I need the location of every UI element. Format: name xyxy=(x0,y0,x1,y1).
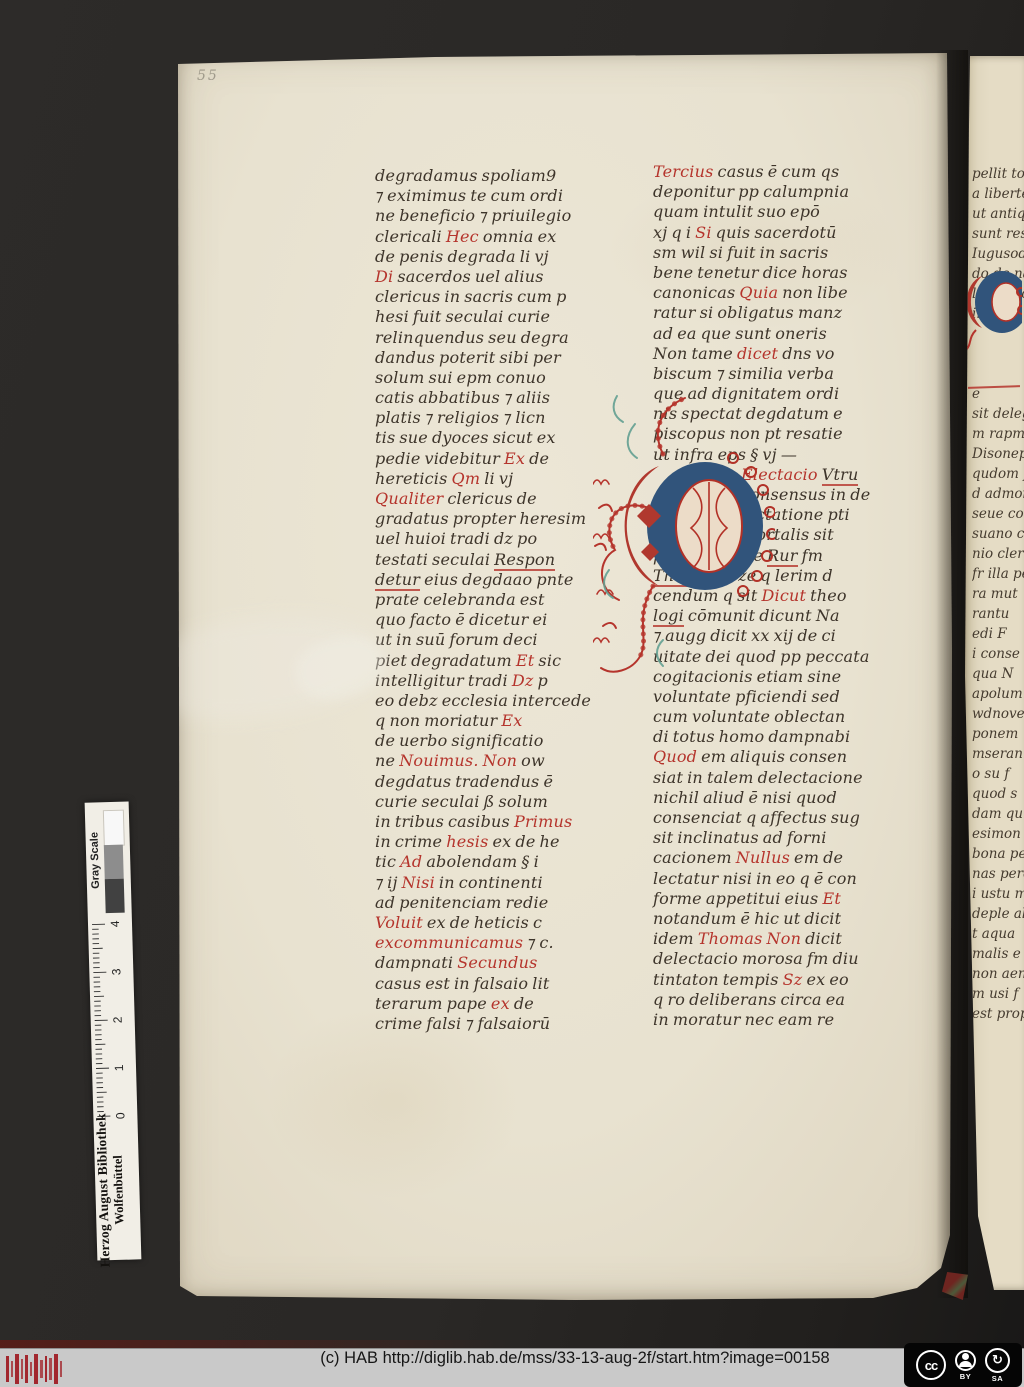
manuscript-line: formeappetituieiusEt xyxy=(653,889,921,909)
manuscript-line: utinsuūforumdeci xyxy=(375,630,620,650)
folio-number: 55 xyxy=(197,68,219,84)
manuscript-line: danduspoteritsibiper xyxy=(375,348,620,368)
manuscript-line: crimefalsi⁊falsaiorū xyxy=(375,1014,620,1034)
gutter-shadow xyxy=(936,50,968,1298)
facing-text-line: suano cm xyxy=(972,524,1024,544)
ruler-tick-label: 1 xyxy=(112,1060,126,1076)
text-column-left: degradamusspoliam9⁊eximimustecumordinebe… xyxy=(375,166,620,1034)
facing-text-line: o su f xyxy=(972,764,1024,784)
manuscript-line: casusestinfalsaiolit xyxy=(375,974,620,994)
facing-text-line: non aen xyxy=(972,964,1024,984)
manuscript-line: Voluitexdeheticisc xyxy=(375,913,620,933)
manuscript-line: ⁊eximimustecumordi xyxy=(375,186,620,206)
manuscript-line: smwilsifuitinsacris xyxy=(653,243,921,263)
manuscript-line: clericusinsacriscump xyxy=(375,287,620,307)
facing-text-line: deple al xyxy=(972,904,1024,924)
facing-text-line: nas pere xyxy=(972,864,1024,884)
facing-text-line: m usi f xyxy=(972,984,1024,1004)
cc-license-badge: cc BY ↻ SA xyxy=(904,1343,1022,1387)
manuscript-line: ditotushomodampnabi xyxy=(653,727,921,747)
digitized-manuscript-photo: 55 degradamusspoliam9⁊eximimustecumordin… xyxy=(0,0,1024,1387)
facing-text-line: bona pe xyxy=(972,844,1024,864)
manuscript-line: xjqiSiquissacerdotū xyxy=(653,223,921,243)
manuscript-page: 55 degradamusspoliam9⁊eximimustecumordin… xyxy=(175,50,952,1300)
manuscript-line: degdatustradendusē xyxy=(375,772,620,792)
facing-text-line: sit delegaē xyxy=(972,404,1024,424)
facing-page-edge: pellit tonda libertelut antiquasunt resi… xyxy=(960,56,1024,1290)
manuscript-line: qnonmoriaturEx xyxy=(375,711,620,731)
facing-text-line: mseran xyxy=(972,744,1024,764)
cc-icon: cc xyxy=(916,1350,946,1380)
manuscript-line: qrodeliberanscircaea xyxy=(653,990,921,1010)
facing-text-line: qudom fin xyxy=(972,464,1024,484)
manuscript-line: gradatuspropterheresim xyxy=(375,509,620,529)
copyright-text: (c) HAB http://diglib.hab.de/mss/33-13-a… xyxy=(260,1349,890,1387)
manuscript-line: hereticisQmlivj xyxy=(375,469,620,489)
manuscript-line: cacionemNullusemde xyxy=(653,848,921,868)
decorated-initial-d xyxy=(593,388,775,690)
manuscript-line: Disacerdosuelalius xyxy=(375,267,620,287)
manuscript-line: lectaturnisiineoqēcon xyxy=(653,869,921,889)
manuscript-line: incrimehesisexdehe xyxy=(375,832,620,852)
manuscript-line: tintatontempisSzexeo xyxy=(653,970,921,990)
facing-text-line: est prop xyxy=(972,1004,1024,1024)
facing-text-line: d admoi xyxy=(972,484,1024,504)
manuscript-line: dampnatiSecundus xyxy=(375,953,620,973)
manuscript-line: hesifuitseculaicurie xyxy=(375,307,620,327)
manuscript-line: catisabbatibus⁊aliis xyxy=(375,388,620,408)
manuscript-line: tissuedyocessicutex xyxy=(375,428,620,448)
manuscript-line: intelligiturtradiDzp xyxy=(375,671,620,691)
manuscript-line: platis⁊religios⁊licn xyxy=(375,408,620,428)
person-attribution-icon xyxy=(955,1350,976,1371)
manuscript-line: degradamusspoliam9 xyxy=(375,166,620,186)
manuscript-line: quamintulitsuoepō xyxy=(653,202,921,222)
facing-text-line: Disonepic xyxy=(972,444,1024,464)
manuscript-line: uelhuioitradidzpo xyxy=(375,529,620,549)
institution-label: Herzog August Bibliothek Wolfenbüttel xyxy=(93,1104,142,1275)
facing-text-line: edi F xyxy=(972,624,1024,644)
manuscript-line: relinquendusseudegra xyxy=(375,328,620,348)
manuscript-line: sitinclinatusadforni xyxy=(653,828,921,848)
facing-text-line: qua N xyxy=(972,664,1024,684)
facing-text-line: ra mut xyxy=(972,584,1024,604)
manuscript-line: idemThomasNondicit xyxy=(653,929,921,949)
facing-text-line: malis e xyxy=(972,944,1024,964)
facing-text-line: rantu xyxy=(972,604,1024,624)
manuscript-line: ⁊ijNisiincontinenti xyxy=(375,873,620,893)
manuscript-line: nebeneficio⁊priuilegio xyxy=(375,206,620,226)
facing-text-line: pellit tond xyxy=(972,164,1024,184)
manuscript-line: canonicasQuianonlibe xyxy=(653,283,921,303)
manuscript-line: Terciuscasusēcumqs xyxy=(653,162,921,182)
facing-text-line: Iugusod r xyxy=(972,244,1024,264)
manuscript-line: pedievidebiturExde xyxy=(375,449,620,469)
manuscript-line: siatintalemdelectacione xyxy=(653,768,921,788)
facing-text-line: t aqua xyxy=(972,924,1024,944)
facing-text-line: i ustu m xyxy=(972,884,1024,904)
facing-text-line: nio cleru xyxy=(972,544,1024,564)
manuscript-line: excommunicamus⁊c. xyxy=(375,933,620,953)
manuscript-line: adpenitenciamredie xyxy=(375,893,620,913)
facing-text-line: ponem xyxy=(972,724,1024,744)
by-label: BY xyxy=(960,1372,971,1381)
manuscript-line: delectaciomorosafmdiu xyxy=(653,949,921,969)
facing-text-line: sunt resig xyxy=(972,224,1024,244)
grayscale-ruler: Gray Scale 43210 Herzog August Bibliothe… xyxy=(85,801,142,1260)
facing-text-line: apolum xyxy=(972,684,1024,704)
ruler-tick-label: 3 xyxy=(109,964,123,980)
ruler-tick-labels: 43210 xyxy=(85,801,129,802)
manuscript-line: inmoraturneceamre xyxy=(653,1010,921,1030)
manuscript-line: deuerbosignificatio xyxy=(375,731,620,751)
manuscript-line: nichilaliudēnisiquod xyxy=(653,788,921,808)
facing-text-line: esimon xyxy=(972,824,1024,844)
manuscript-line: depenisdegradalivj xyxy=(375,247,620,267)
gray-swatch-white xyxy=(103,810,125,847)
manuscript-line: consenciatqaffectussug xyxy=(653,808,921,828)
facing-text-line: wdnove xyxy=(972,704,1024,724)
manuscript-line: curieseculaißsolum xyxy=(375,792,620,812)
gray-scale-label: Gray Scale xyxy=(88,808,105,912)
manuscript-line: adeaquesuntoneris xyxy=(653,324,921,344)
manuscript-line: clericaliHecomniaex xyxy=(375,227,620,247)
facing-text-line: m rapme xyxy=(972,424,1024,444)
red-registration-mark xyxy=(6,1353,62,1384)
manuscript-line: solumsuiepmconuo xyxy=(375,368,620,388)
manuscript-line: ratursiobligatusmanz xyxy=(653,303,921,323)
manuscript-line: terarumpapeexde xyxy=(375,994,620,1014)
manuscript-line: eodebzecclesiaintercede xyxy=(375,691,620,711)
manuscript-line: intribuscasibusPrimus xyxy=(375,812,620,832)
manuscript-line: pietdegradatumEtsic xyxy=(375,651,620,671)
manuscript-line: ticAdabolendam§i xyxy=(375,852,620,872)
share-alike-icon: ↻ xyxy=(985,1348,1010,1373)
gray-swatch-dark xyxy=(105,879,125,914)
gray-swatch-mid xyxy=(104,845,124,880)
book-cover-edge xyxy=(0,1340,520,1348)
manuscript-line: Nontamedicetdnsvo xyxy=(653,344,921,364)
facing-text-line: seue conse xyxy=(972,504,1024,524)
facing-text-line: a libertel xyxy=(972,184,1024,204)
manuscript-line: neNouimus.Nonow xyxy=(375,751,620,771)
facing-text-line: i conse xyxy=(972,644,1024,664)
facing-text-line: fr illa pe xyxy=(972,564,1024,584)
facing-text-line: quod s xyxy=(972,784,1024,804)
manuscript-line: pratecelebrandaest xyxy=(375,590,620,610)
facing-text-line xyxy=(972,364,1024,384)
manuscript-line: detureiusdegdaaopnte xyxy=(375,570,620,590)
manuscript-line: cumvoluntateoblectan xyxy=(653,707,921,727)
facing-decorated-initial xyxy=(966,264,1022,350)
sa-label: SA xyxy=(992,1374,1003,1383)
manuscript-line: notandumēhicutdicit xyxy=(653,909,921,929)
facing-text-line: ut antiqua xyxy=(972,204,1024,224)
manuscript-line: Qualiterclericusde xyxy=(375,489,620,509)
manuscript-line: quofactoēdiceturei xyxy=(375,610,620,630)
manuscript-line: Quodemaliquisconsen xyxy=(653,747,921,767)
ruler-tick-label: 4 xyxy=(108,916,122,932)
manuscript-line: biscum⁊similiaverba xyxy=(653,364,921,384)
footer-bar: (c) HAB http://diglib.hab.de/mss/33-13-a… xyxy=(0,1348,1024,1387)
ruler-ticks xyxy=(91,920,112,1120)
manuscript-line: testatiseculaiRespon xyxy=(375,550,620,570)
ruler-tick-label: 2 xyxy=(110,1012,124,1028)
manuscript-line: beneteneturdicehoras xyxy=(653,263,921,283)
manuscript-line: deponiturppcalumpnia xyxy=(653,182,921,202)
facing-text-line: dam qu xyxy=(972,804,1024,824)
